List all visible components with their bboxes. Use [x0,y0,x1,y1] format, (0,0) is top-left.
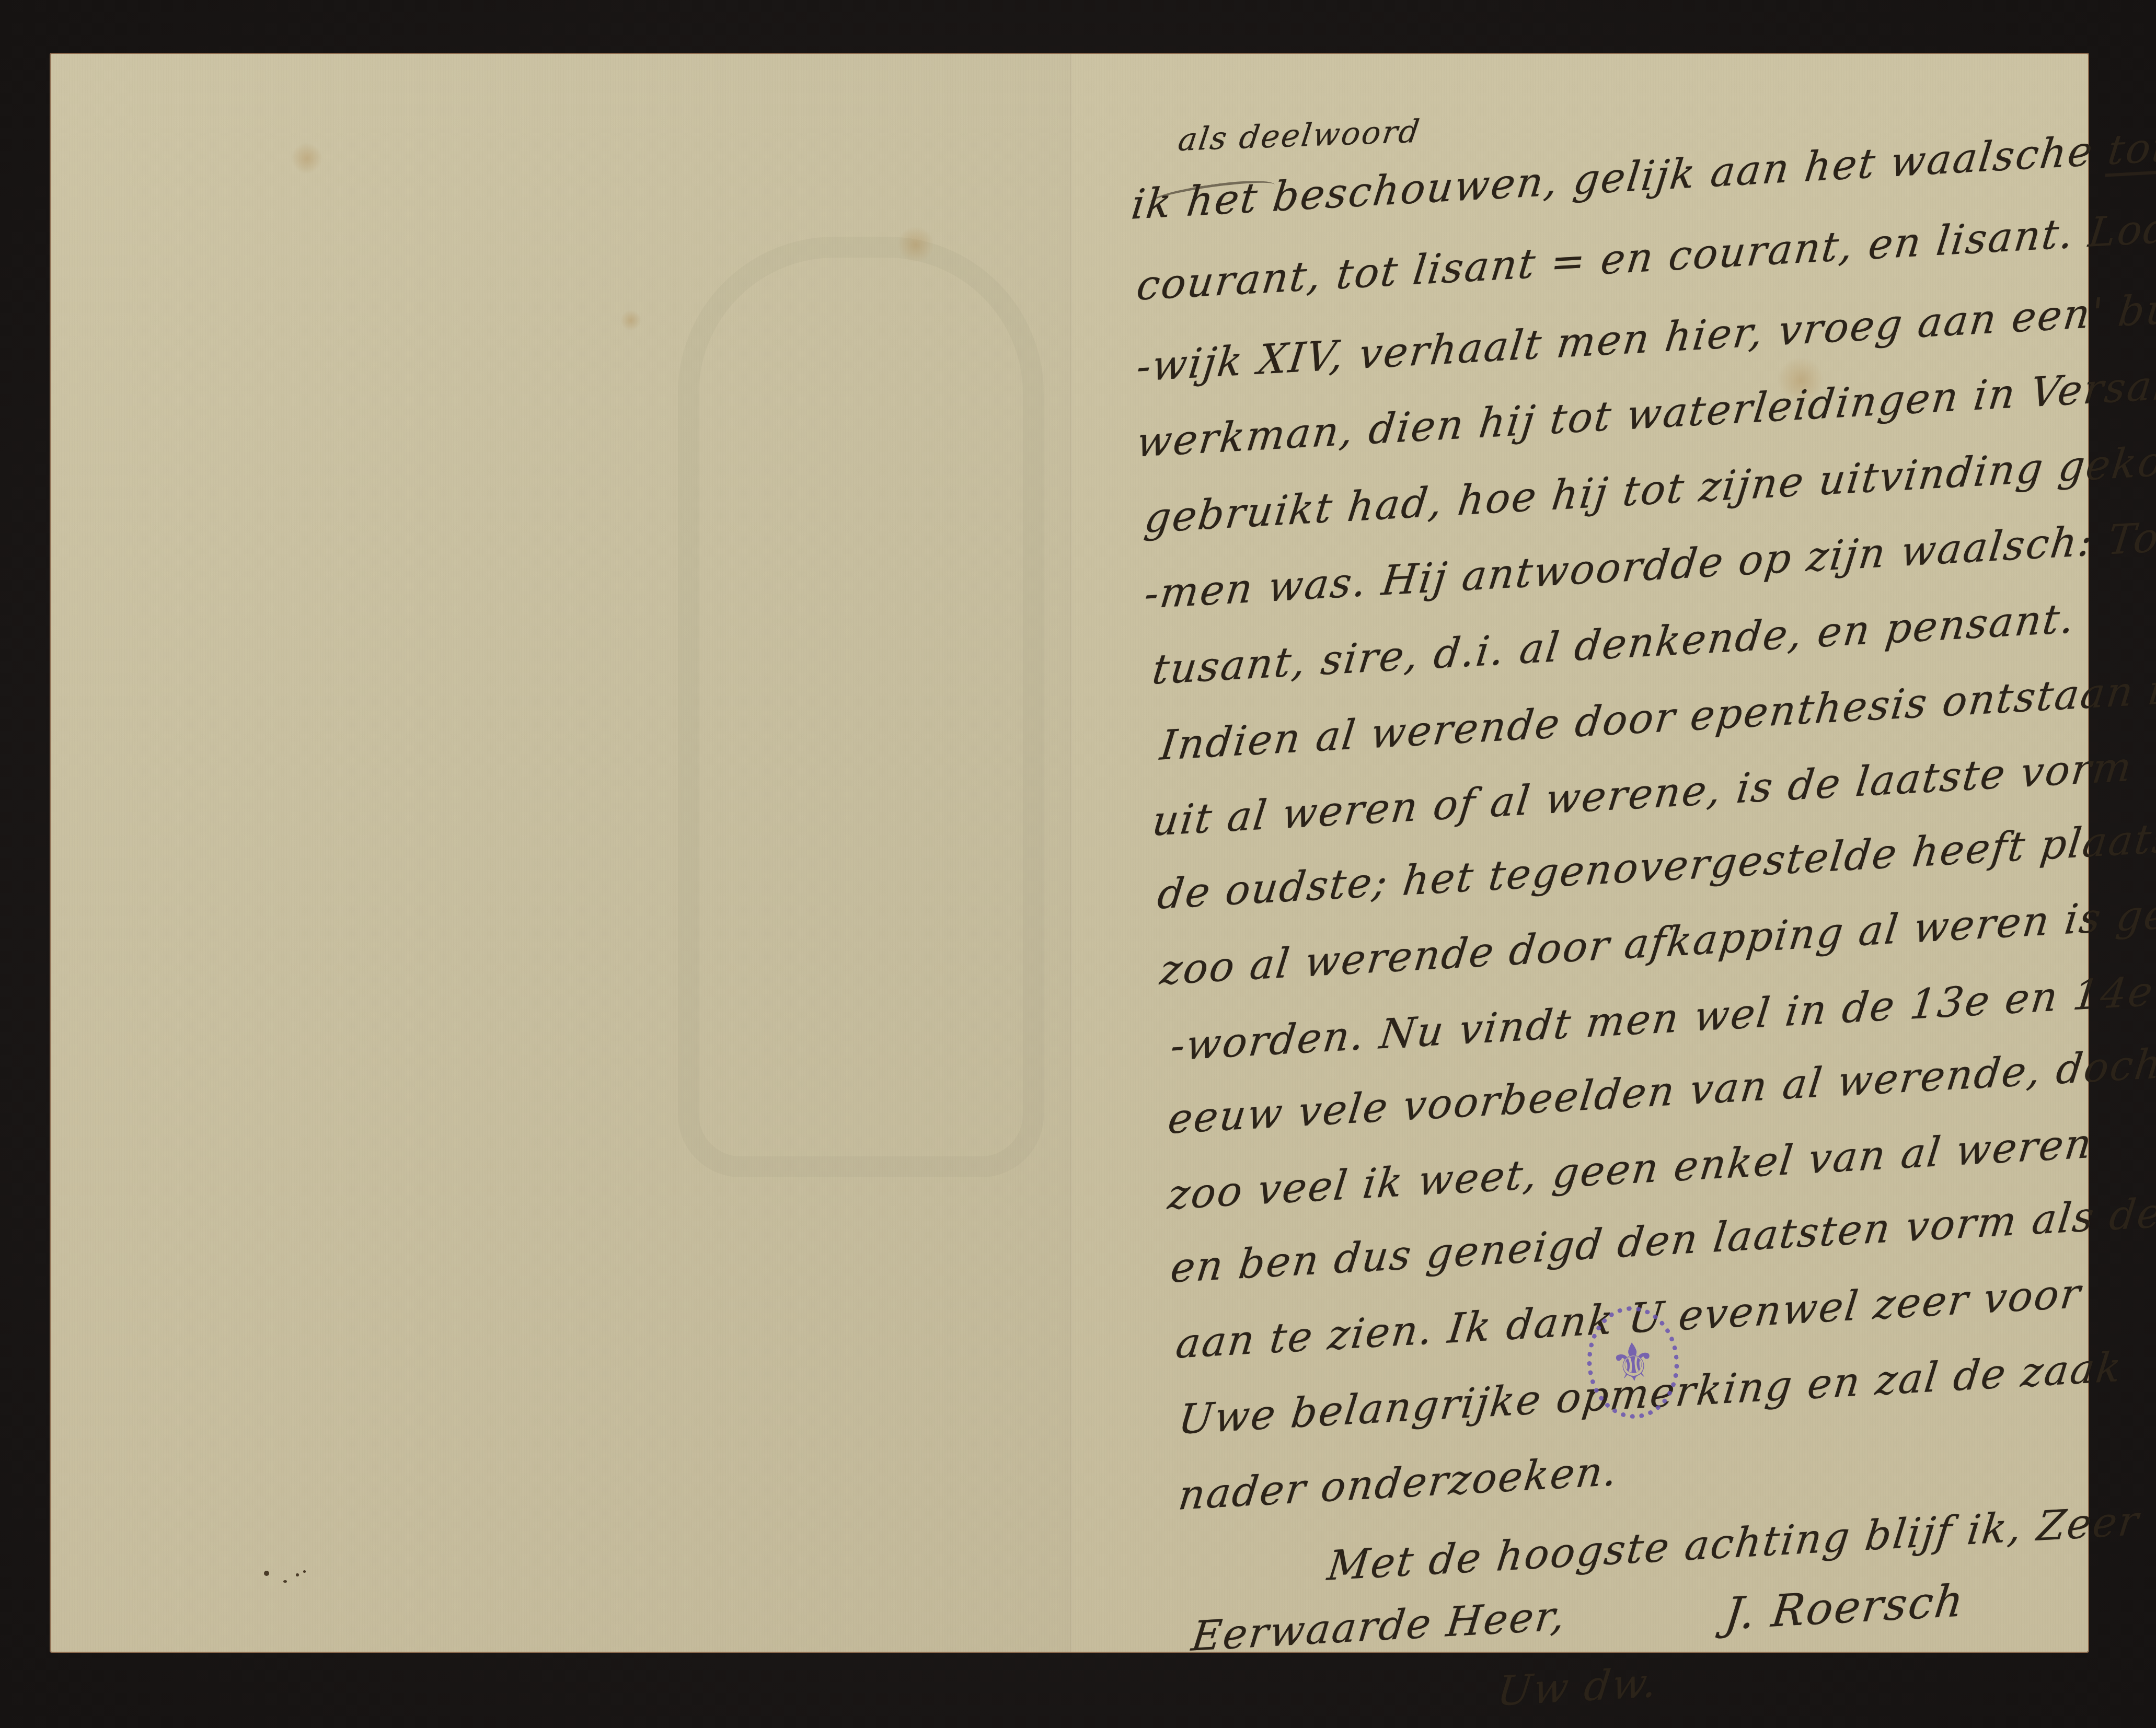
paper-watermark [678,237,1044,1177]
ink-speck [264,1571,269,1576]
scan-background: als deelwoord ik het beschouwen, gelijk … [0,0,2156,1728]
letter-body: als deelwoord ik het beschouwen, gelijk … [1071,54,2088,1652]
foxing-spot [620,310,641,331]
closing-line: Met de hoogste achting blijf ik, Zeer [1325,1497,2142,1590]
letter-line-18: nader onderzoeken. [1176,1447,1621,1520]
salutation-line: Eerwaarde Heer, [1189,1592,1569,1661]
ink-speck [283,1580,287,1583]
underlined-word: tot [2105,123,2156,174]
foxing-spot [291,143,322,174]
insertion-text: als deelwoord [1176,113,1423,158]
letter-sheet: als deelwoord ik het beschouwen, gelijk … [51,54,2088,1652]
right-page: als deelwoord ik het beschouwen, gelijk … [1071,54,2088,1652]
stamp-glyph: ⚜ [1608,1335,1658,1390]
valediction-line: Uw dw. [1495,1659,1661,1715]
library-stamp: ⚜ [1584,1303,1683,1422]
fleur-de-lis-icon: ⚜ [1588,1308,1677,1417]
left-page [51,54,1071,1652]
ink-speck [296,1573,299,1576]
foxing-spot [897,226,934,263]
ink-speck [303,1570,306,1573]
